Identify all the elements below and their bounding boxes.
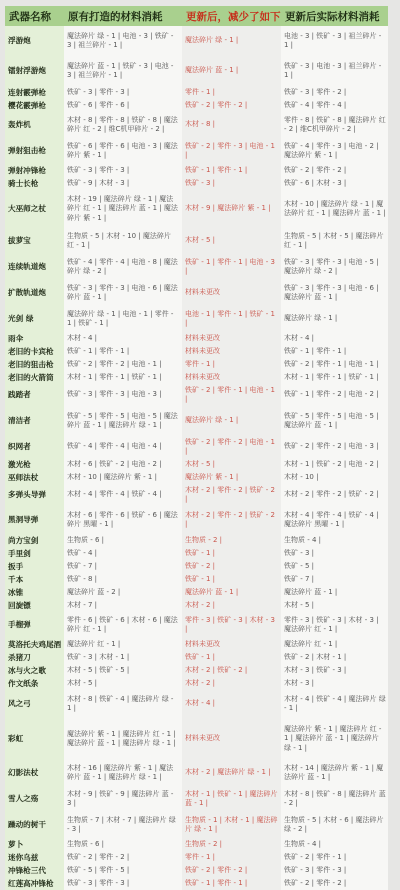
reduction-cell: 电池 - 1 | 零件 - 1 | 铁矿 - 1 | — [182, 306, 281, 332]
original-cost-cell: 铁矿 - 6 | 零件 - 6 | — [64, 99, 182, 112]
table-row: 大巫师之杖木材 - 19 | 魔法碎片 绿 - 1 | 魔法碎片 红 - 1 |… — [5, 190, 388, 228]
table-row: 激光枪木材 - 6 | 铁矿 - 2 | 电池 - 2 |木材 - 5 |木材 … — [5, 458, 388, 471]
table-row: 杀猪刀铁矿 - 3 | 木材 - 1 |铁矿 - 1 |铁矿 - 2 | 木材 … — [5, 651, 388, 664]
reduction-cell: 铁矿 - 2 | 零件 - 1 | 电池 - 1 | — [182, 384, 281, 406]
updated-cost-cell: 木材 - 10 | — [281, 471, 388, 484]
updated-cost-cell: 木材 - 1 | 零件 - 1 | 铁矿 - 1 | — [281, 371, 388, 384]
weapon-name-cell: 大巫师之杖 — [5, 190, 64, 228]
updated-cost-cell: 魔法碎片 绿 - 1 | — [281, 306, 388, 332]
reduction-cell: 魔法碎片 绿 - 1 | — [182, 26, 281, 56]
header-original-cost: 原有打造的材料消耗 — [64, 6, 182, 26]
table-row: 扩散轨道炮铁矿 - 3 | 零件 - 3 | 电池 - 6 | 魔法碎片 蓝 -… — [5, 280, 388, 306]
table-row: 冰锥魔法碎片 蓝 - 2 |魔法碎片 蓝 - 1 |魔法碎片 蓝 - 1 | — [5, 586, 388, 599]
updated-cost-cell: 铁矿 - 3 | 零件 - 3 | 电池 - 5 | 魔法碎片 绿 - 2 | — [281, 254, 388, 280]
table-row: 手里剑铁矿 - 4 |铁矿 - 1 |铁矿 - 3 | — [5, 547, 388, 560]
original-cost-cell: 木材 - 8 | 零件 - 8 | 铁矿 - 8 | 魔法碎片 红 - 2 | … — [64, 112, 182, 138]
updated-cost-cell: 零件 - 8 | 铁矿 - 8 | 魔法碎片 红 - 2 | 维C机甲碎片 - … — [281, 112, 388, 138]
updated-cost-cell: 生物质 - 4 | — [281, 534, 388, 547]
table-row: 老旧的火箭筒木材 - 1 | 零件 - 1 | 铁矿 - 1 |材料未更改木材 … — [5, 371, 388, 384]
original-cost-cell: 木材 - 6 | 铁矿 - 2 | 电池 - 2 | — [64, 458, 182, 471]
updated-cost-cell: 铁矿 - 2 | 零件 - 1 | 电池 - 1 | — [281, 358, 388, 371]
table-row: 光剑 绿魔法碎片 绿 - 1 | 电池 - 1 | 零件 - 1 | 铁矿 - … — [5, 306, 388, 332]
table-row: 连射霰弹枪铁矿 - 3 | 零件 - 3 |零件 - 1 |铁矿 - 3 | 零… — [5, 86, 388, 99]
updated-cost-cell: 铁矿 - 4 | 零件 - 3 | 电池 - 2 | 魔法碎片 紫 - 1 | — [281, 138, 388, 164]
table-row: 践踏者铁矿 - 3 | 零件 - 3 | 电池 - 3 |铁矿 - 2 | 零件… — [5, 384, 388, 406]
original-cost-cell: 木材 - 4 | — [64, 332, 182, 345]
reduction-cell: 零件 - 1 | — [182, 358, 281, 371]
original-cost-cell: 木材 - 10 | 魔法碎片 紫 - 1 | — [64, 471, 182, 484]
weapon-name-cell: 樱花霰弹枪 — [5, 99, 64, 112]
weapon-name-cell: 骑士长枪 — [5, 177, 64, 190]
original-cost-cell: 铁矿 - 4 | 零件 - 4 | 电池 - 4 | — [64, 436, 182, 458]
weapon-name-cell: 践踏者 — [5, 384, 64, 406]
weapon-name-cell: 老旧的卡宾枪 — [5, 345, 64, 358]
table-header-row: 武器名称 原有打造的材料消耗 更新后，减少了如下 更新后实际材料消耗 — [5, 6, 388, 26]
reduction-cell: 材料未更改 — [182, 345, 281, 358]
updated-cost-cell: 铁矿 - 2 | 零件 - 2 | — [281, 164, 388, 177]
weapon-name-cell: 雨伞 — [5, 332, 64, 345]
updated-cost-cell: 铁矿 - 5 | 零件 - 5 | 电池 - 5 | 魔法碎片 蓝 - 1 | — [281, 406, 388, 436]
updated-cost-cell: 铁矿 - 3 | — [281, 547, 388, 560]
table-row: 镭射浮游炮魔法碎片 蓝 - 1 | 铁矿 - 3 | 电池 - 3 | 祖兰碎片… — [5, 56, 388, 86]
table-row: 浮游炮魔法碎片 绿 - 1 | 电池 - 3 | 铁矿 - 3 | 祖兰碎片 -… — [5, 26, 388, 56]
weapon-name-cell: 千本 — [5, 573, 64, 586]
weapon-name-cell: 巫师法杖 — [5, 471, 64, 484]
reduction-cell: 木材 - 2 | 铁矿 - 2 | — [182, 664, 281, 677]
original-cost-cell: 魔法碎片 蓝 - 2 | — [64, 586, 182, 599]
weapon-name-cell: 连射霰弹枪 — [5, 86, 64, 99]
weapon-material-table: 武器名称 原有打造的材料消耗 更新后，减少了如下 更新后实际材料消耗 浮游炮魔法… — [5, 6, 388, 728]
weapon-name-cell: 镭射浮游炮 — [5, 56, 64, 86]
updated-cost-cell: 零件 - 3 | 铁矿 - 3 | 木材 - 3 | 魔法碎片 红 - 1 | — [281, 612, 388, 638]
table-row: 雨伞木材 - 4 |材料未更改木材 - 4 | — [5, 332, 388, 345]
original-cost-cell: 铁矿 - 3 | 零件 - 3 | 电池 - 6 | 魔法碎片 蓝 - 1 | — [64, 280, 182, 306]
updated-cost-cell: 魔法碎片 红 - 1 | — [281, 638, 388, 651]
header-weapon-name: 武器名称 — [5, 6, 64, 26]
updated-cost-cell: 电池 - 3 | 铁矿 - 3 | 祖兰碎片 - 1 | — [281, 26, 388, 56]
original-cost-cell: 铁矿 - 3 | 零件 - 3 | — [64, 164, 182, 177]
reduction-cell: 材料未更改 — [182, 638, 281, 651]
original-cost-cell: 铁矿 - 6 | 零件 - 6 | 电池 - 3 | 魔法碎片 紫 - 1 | — [64, 138, 182, 164]
weapon-name-cell: 弹射狙击枪 — [5, 138, 64, 164]
weapon-name-cell: 连续轨道炮 — [5, 254, 64, 280]
table-row: 老旧的狙击枪铁矿 - 2 | 零件 - 2 | 电池 - 1 |零件 - 1 |… — [5, 358, 388, 371]
table-row: 扳手铁矿 - 7 |铁矿 - 2 |铁矿 - 5 | — [5, 560, 388, 573]
reduction-cell: 木材 - 2 | — [182, 677, 281, 690]
weapon-name-cell: 光剑 绿 — [5, 306, 64, 332]
original-cost-cell: 木材 - 8 | 铁矿 - 4 | 魔法碎片 绿 - 1 | — [64, 690, 182, 718]
weapon-name-cell: 扳手 — [5, 560, 64, 573]
original-cost-cell: 魔法碎片 红 - 1 | — [64, 638, 182, 651]
table-row: 弹射狙击枪铁矿 - 6 | 零件 - 6 | 电池 - 3 | 魔法碎片 紫 -… — [5, 138, 388, 164]
original-cost-cell: 魔法碎片 紫 - 1 | 魔法碎片 红 - 1 | 魔法碎片 蓝 - 1 | 魔… — [64, 718, 182, 728]
weapon-name-cell: 老旧的狙击枪 — [5, 358, 64, 371]
weapon-name-cell: 风之弓 — [5, 690, 64, 718]
updated-cost-cell: 铁矿 - 4 | 零件 - 4 | — [281, 99, 388, 112]
weapon-name-cell: 作文纸条 — [5, 677, 64, 690]
weapon-name-cell: 弹射冲锋枪 — [5, 164, 64, 177]
table-row: 风之弓木材 - 8 | 铁矿 - 4 | 魔法碎片 绿 - 1 |木材 - 4 … — [5, 690, 388, 718]
reduction-cell: 铁矿 - 2 | — [182, 560, 281, 573]
updated-cost-cell: 木材 - 3 | — [281, 677, 388, 690]
table-body: 浮游炮魔法碎片 绿 - 1 | 电池 - 3 | 铁矿 - 3 | 祖兰碎片 -… — [5, 26, 388, 728]
material-cost-table-sheet: 武器名称 原有打造的材料消耗 更新后，减少了如下 更新后实际材料消耗 浮游炮魔法… — [5, 6, 388, 728]
original-cost-cell: 木材 - 1 | 零件 - 1 | 铁矿 - 1 | — [64, 371, 182, 384]
updated-cost-cell: 木材 - 1 | 铁矿 - 2 | 电池 - 2 | — [281, 458, 388, 471]
reduction-cell: 材料未更改 — [182, 332, 281, 345]
table-row: 弹射冲锋枪铁矿 - 3 | 零件 - 3 |铁矿 - 1 | 零件 - 1 |铁… — [5, 164, 388, 177]
original-cost-cell: 铁矿 - 7 | — [64, 560, 182, 573]
weapon-name-cell: 手里剑 — [5, 547, 64, 560]
updated-cost-cell: 木材 - 4 | 铁矿 - 4 | 魔法碎片 绿 - 1 | — [281, 690, 388, 718]
updated-cost-cell: 铁矿 - 3 | 电池 - 3 | 祖兰碎片 - 1 | — [281, 56, 388, 86]
updated-cost-cell: 木材 - 4 | 零件 - 4 | 铁矿 - 4 | 魔法碎片 黑曜 - 1 | — [281, 506, 388, 534]
updated-cost-cell: 木材 - 2 | 零件 - 2 | 铁矿 - 2 | — [281, 484, 388, 506]
reduction-cell: 木材 - 5 | — [182, 228, 281, 254]
updated-cost-cell: 铁矿 - 1 | 零件 - 2 | 电池 - 2 | — [281, 384, 388, 406]
reduction-cell: 铁矿 - 1 | 零件 - 1 | — [182, 164, 281, 177]
original-cost-cell: 生物质 - 5 | 木材 - 10 | 魔法碎片 红 - 1 | — [64, 228, 182, 254]
original-cost-cell: 铁矿 - 3 | 木材 - 1 | — [64, 651, 182, 664]
updated-cost-cell: 魔法碎片 蓝 - 1 | — [281, 586, 388, 599]
table-row: 回旋镖木材 - 7 |木材 - 2 |木材 - 5 | — [5, 599, 388, 612]
reduction-cell: 木材 - 8 | — [182, 112, 281, 138]
updated-cost-cell: 木材 - 5 | — [281, 599, 388, 612]
reduction-cell: 木材 - 2 | 零件 - 2 | 铁矿 - 2 | — [182, 484, 281, 506]
table-row: 樱花霰弹枪铁矿 - 6 | 零件 - 6 |铁矿 - 2 | 零件 - 2 |铁… — [5, 99, 388, 112]
original-cost-cell: 零件 - 6 | 铁矿 - 6 | 木材 - 6 | 魔法碎片 红 - 1 | — [64, 612, 182, 638]
reduction-cell: 铁矿 - 2 | 零件 - 2 | 电池 - 1 | — [182, 436, 281, 458]
reduction-cell: 木材 - 9 | 魔法碎片 紫 - 1 | — [182, 190, 281, 228]
updated-cost-cell: 木材 - 10 | 魔法碎片 绿 - 1 | 魔法碎片 红 - 1 | 魔法碎片… — [281, 190, 388, 228]
table-row: 尚方宝剑生物质 - 6 |生物质 - 2 |生物质 - 4 | — [5, 534, 388, 547]
reduction-cell: 铁矿 - 1 | 零件 - 1 | 电池 - 3 | — [182, 254, 281, 280]
reduction-cell: 材料未更改 — [182, 718, 281, 728]
original-cost-cell: 魔法碎片 绿 - 1 | 电池 - 3 | 铁矿 - 3 | 祖兰碎片 - 1 … — [64, 26, 182, 56]
reduction-cell: 魔法碎片 蓝 - 1 | — [182, 586, 281, 599]
original-cost-cell: 生物质 - 6 | — [64, 534, 182, 547]
table-row: 巫师法杖木材 - 10 | 魔法碎片 紫 - 1 |魔法碎片 紫 - 1 |木材… — [5, 471, 388, 484]
reduction-cell: 零件 - 3 | 铁矿 - 3 | 木材 - 3 | — [182, 612, 281, 638]
weapon-name-cell: 织网者 — [5, 436, 64, 458]
updated-cost-cell: 生物质 - 5 | 木材 - 5 | 魔法碎片 红 - 1 | — [281, 228, 388, 254]
table-row: 清洁者铁矿 - 5 | 零件 - 5 | 电池 - 5 | 魔法碎片 蓝 - 1… — [5, 406, 388, 436]
table-row: 莫洛托夫鸡尾酒魔法碎片 红 - 1 |材料未更改魔法碎片 红 - 1 | — [5, 638, 388, 651]
reduction-cell: 铁矿 - 1 | — [182, 573, 281, 586]
original-cost-cell: 铁矿 - 1 | 零件 - 1 | — [64, 345, 182, 358]
reduction-cell: 生物质 - 2 | — [182, 534, 281, 547]
weapon-name-cell: 手榴弹 — [5, 612, 64, 638]
header-updated-cost: 更新后实际材料消耗 — [281, 6, 388, 26]
table-row: 千本铁矿 - 8 |铁矿 - 1 |铁矿 - 7 | — [5, 573, 388, 586]
table-row: 轰炸机木材 - 8 | 零件 - 8 | 铁矿 - 8 | 魔法碎片 红 - 2… — [5, 112, 388, 138]
weapon-name-cell: 尚方宝剑 — [5, 534, 64, 547]
updated-cost-cell: 铁矿 - 7 | — [281, 573, 388, 586]
updated-cost-cell: 木材 - 4 | — [281, 332, 388, 345]
table-row: 织网者铁矿 - 4 | 零件 - 4 | 电池 - 4 |铁矿 - 2 | 零件… — [5, 436, 388, 458]
original-cost-cell: 木材 - 6 | 零件 - 6 | 铁矿 - 6 | 魔法碎片 黑曜 - 1 | — [64, 506, 182, 534]
reduction-cell: 零件 - 1 | — [182, 86, 281, 99]
updated-cost-cell: 铁矿 - 5 | — [281, 560, 388, 573]
original-cost-cell: 木材 - 4 | 零件 - 4 | 铁矿 - 4 | — [64, 484, 182, 506]
weapon-name-cell: 冰锥 — [5, 586, 64, 599]
weapon-name-cell: 莫洛托夫鸡尾酒 — [5, 638, 64, 651]
weapon-name-cell: 多弹头导弹 — [5, 484, 64, 506]
original-cost-cell: 铁矿 - 4 | — [64, 547, 182, 560]
updated-cost-cell: 铁矿 - 3 | 零件 - 3 | 电池 - 6 | 魔法碎片 蓝 - 1 | — [281, 280, 388, 306]
updated-cost-cell: 铁矿 - 2 | 木材 - 1 | — [281, 651, 388, 664]
weapon-name-cell: 浮游炮 — [5, 26, 64, 56]
table-row: 拔萝宝生物质 - 5 | 木材 - 10 | 魔法碎片 红 - 1 |木材 - … — [5, 228, 388, 254]
table-row: 彩虹魔法碎片 紫 - 1 | 魔法碎片 红 - 1 | 魔法碎片 蓝 - 1 |… — [5, 718, 388, 728]
updated-cost-cell: 铁矿 - 6 | 木材 - 3 | — [281, 177, 388, 190]
original-cost-cell: 铁矿 - 9 | 木材 - 3 | — [64, 177, 182, 190]
weapon-name-cell: 激光枪 — [5, 458, 64, 471]
original-cost-cell: 木材 - 19 | 魔法碎片 绿 - 1 | 魔法碎片 红 - 1 | 魔法碎片… — [64, 190, 182, 228]
reduction-cell: 魔法碎片 紫 - 1 | — [182, 471, 281, 484]
table-row: 骑士长枪铁矿 - 9 | 木材 - 3 |铁矿 - 3 |铁矿 - 6 | 木材… — [5, 177, 388, 190]
original-cost-cell: 魔法碎片 蓝 - 1 | 铁矿 - 3 | 电池 - 3 | 祖兰碎片 - 1 … — [64, 56, 182, 86]
weapon-name-cell: 彩虹 — [5, 718, 64, 728]
weapon-name-cell: 扩散轨道炮 — [5, 280, 64, 306]
table-row: 作文纸条木材 - 5 |木材 - 2 |木材 - 3 | — [5, 677, 388, 690]
reduction-cell: 木材 - 5 | — [182, 458, 281, 471]
original-cost-cell: 铁矿 - 2 | 零件 - 2 | 电池 - 1 | — [64, 358, 182, 371]
table-row: 手榴弹零件 - 6 | 铁矿 - 6 | 木材 - 6 | 魔法碎片 红 - 1… — [5, 612, 388, 638]
weapon-name-cell: 杀猪刀 — [5, 651, 64, 664]
original-cost-cell: 铁矿 - 3 | 零件 - 3 | 电池 - 3 | — [64, 384, 182, 406]
reduction-cell: 木材 - 2 | 零件 - 2 | 铁矿 - 2 | — [182, 506, 281, 534]
original-cost-cell: 木材 - 5 | — [64, 677, 182, 690]
reduction-cell: 铁矿 - 1 | — [182, 547, 281, 560]
table-row: 黑洞导弹木材 - 6 | 零件 - 6 | 铁矿 - 6 | 魔法碎片 黑曜 -… — [5, 506, 388, 534]
weapon-name-cell: 黑洞导弹 — [5, 506, 64, 534]
original-cost-cell: 铁矿 - 4 | 零件 - 4 | 电池 - 8 | 魔法碎片 绿 - 2 | — [64, 254, 182, 280]
reduction-cell: 铁矿 - 3 | — [182, 177, 281, 190]
table-row: 多弹头导弹木材 - 4 | 零件 - 4 | 铁矿 - 4 |木材 - 2 | … — [5, 484, 388, 506]
reduction-cell: 木材 - 2 | — [182, 599, 281, 612]
weapon-name-cell: 清洁者 — [5, 406, 64, 436]
updated-cost-cell: 铁矿 - 2 | 零件 - 2 | 电池 - 3 | — [281, 436, 388, 458]
table-row: 连续轨道炮铁矿 - 4 | 零件 - 4 | 电池 - 8 | 魔法碎片 绿 -… — [5, 254, 388, 280]
reduction-cell: 魔法碎片 绿 - 1 | — [182, 406, 281, 436]
table-row: 老旧的卡宾枪铁矿 - 1 | 零件 - 1 |材料未更改铁矿 - 1 | 零件 … — [5, 345, 388, 358]
reduction-cell: 铁矿 - 2 | 零件 - 3 | 电池 - 1 | — [182, 138, 281, 164]
original-cost-cell: 魔法碎片 绿 - 1 | 电池 - 1 | 零件 - 1 | 铁矿 - 1 | — [64, 306, 182, 332]
reduction-cell: 材料未更改 — [182, 371, 281, 384]
original-cost-cell: 木材 - 7 | — [64, 599, 182, 612]
reduction-cell: 材料未更改 — [182, 280, 281, 306]
updated-cost-cell: 木材 - 3 | 铁矿 - 3 | — [281, 664, 388, 677]
table-row: 冰与火之歌木材 - 5 | 铁矿 - 5 |木材 - 2 | 铁矿 - 2 |木… — [5, 664, 388, 677]
weapon-name-cell: 拔萝宝 — [5, 228, 64, 254]
reduction-cell: 铁矿 - 2 | 零件 - 2 | — [182, 99, 281, 112]
weapon-name-cell: 老旧的火箭筒 — [5, 371, 64, 384]
updated-cost-cell: 铁矿 - 3 | 零件 - 2 | — [281, 86, 388, 99]
weapon-name-cell: 轰炸机 — [5, 112, 64, 138]
original-cost-cell: 铁矿 - 8 | — [64, 573, 182, 586]
original-cost-cell: 木材 - 5 | 铁矿 - 5 | — [64, 664, 182, 677]
original-cost-cell: 铁矿 - 3 | 零件 - 3 | — [64, 86, 182, 99]
reduction-cell: 木材 - 4 | — [182, 690, 281, 718]
original-cost-cell: 铁矿 - 5 | 零件 - 5 | 电池 - 5 | 魔法碎片 蓝 - 1 | … — [64, 406, 182, 436]
reduction-cell: 铁矿 - 1 | — [182, 651, 281, 664]
weapon-name-cell: 回旋镖 — [5, 599, 64, 612]
weapon-name-cell: 冰与火之歌 — [5, 664, 64, 677]
reduction-cell: 魔法碎片 蓝 - 1 | — [182, 56, 281, 86]
header-reduction: 更新后，减少了如下 — [182, 6, 281, 26]
updated-cost-cell: 铁矿 - 1 | 零件 - 1 | — [281, 345, 388, 358]
updated-cost-cell: 魔法碎片 紫 - 1 | 魔法碎片 红 - 1 | 魔法碎片 蓝 - 1 | 魔… — [281, 718, 388, 728]
